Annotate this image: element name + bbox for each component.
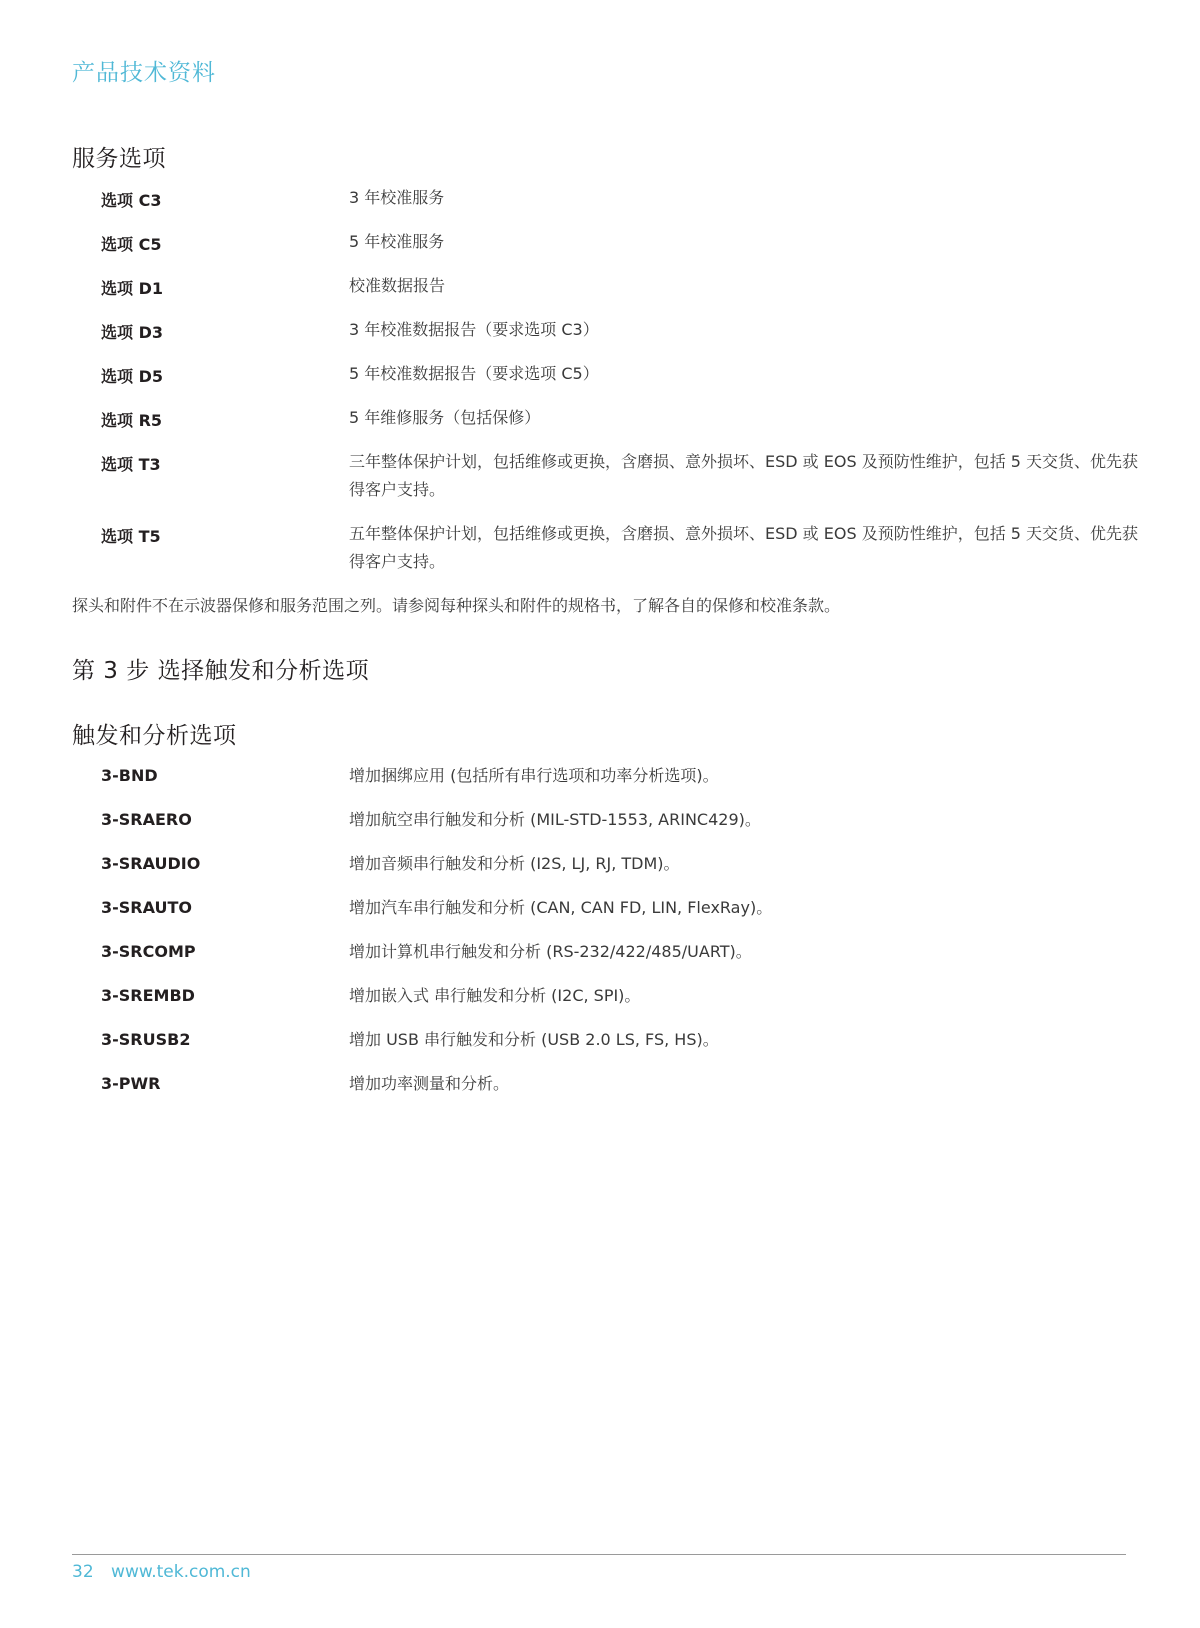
option-code: 3-SRAUDIO [101, 854, 200, 873]
service-options-heading: 服务选项 [72, 140, 166, 173]
step3-heading: 第 3 步 选择触发和分析选项 [72, 652, 369, 685]
option-description: 增加捆绑应用 (包括所有串行选项和功率分析选项)。 [349, 762, 1139, 790]
trigger-options-heading: 触发和分析选项 [72, 717, 237, 750]
option-description: 增加 USB 串行触发和分析 (USB 2.0 LS, FS, HS)。 [349, 1026, 1139, 1054]
option-code: 3-SREMBD [101, 986, 195, 1005]
option-code: 3-SRUSB2 [101, 1030, 190, 1049]
option-description: 增加音频串行触发和分析 (I2S, LJ, RJ, TDM)。 [349, 850, 1139, 878]
footer-divider [72, 1554, 1126, 1555]
option-code: 3-BND [101, 766, 158, 785]
option-description: 增加嵌入式 串行触发和分析 (I2C, SPI)。 [349, 982, 1139, 1010]
document-header-title: 产品技术资料 [72, 54, 216, 87]
option-label: 选项 D3 [101, 320, 163, 343]
option-label: 选项 D1 [101, 276, 163, 299]
option-description: 三年整体保护计划，包括维修或更换，含磨损、意外损坏、ESD 或 EOS 及预防性… [349, 448, 1139, 504]
option-description: 5 年维修服务（包括保修） [349, 404, 1139, 432]
option-label: 选项 T3 [101, 452, 161, 475]
option-description: 3 年校准数据报告（要求选项 C3） [349, 316, 1139, 344]
option-description: 校准数据报告 [349, 272, 1139, 300]
option-label: 选项 R5 [101, 408, 162, 431]
page-number: 32 [72, 1562, 94, 1582]
footer-url-link[interactable]: www.tek.com.cn [111, 1562, 251, 1582]
option-code: 3-SRAUTO [101, 898, 192, 917]
option-code: 3-SRAERO [101, 810, 192, 829]
option-description: 5 年校准服务 [349, 228, 1139, 256]
option-label: 选项 D5 [101, 364, 163, 387]
option-code: 3-SRCOMP [101, 942, 196, 961]
option-description: 增加计算机串行触发和分析 (RS-232/422/485/UART)。 [349, 938, 1139, 966]
option-description: 增加航空串行触发和分析 (MIL-STD-1553, ARINC429)。 [349, 806, 1139, 834]
option-description: 增加功率测量和分析。 [349, 1070, 1139, 1098]
option-description: 增加汽车串行触发和分析 (CAN, CAN FD, LIN, FlexRay)。 [349, 894, 1139, 922]
option-description: 5 年校准数据报告（要求选项 C5） [349, 360, 1139, 388]
page-footer: 32 www.tek.com.cn [72, 1562, 251, 1582]
warranty-note: 探头和附件不在示波器保修和服务范围之列。请参阅每种探头和附件的规格书，了解各自的… [72, 593, 840, 616]
option-code: 3-PWR [101, 1074, 160, 1093]
option-label: 选项 C5 [101, 232, 161, 255]
option-label: 选项 C3 [101, 188, 161, 211]
option-description: 3 年校准服务 [349, 184, 1139, 212]
option-label: 选项 T5 [101, 524, 161, 547]
option-description: 五年整体保护计划，包括维修或更换，含磨损、意外损坏、ESD 或 EOS 及预防性… [349, 520, 1139, 576]
